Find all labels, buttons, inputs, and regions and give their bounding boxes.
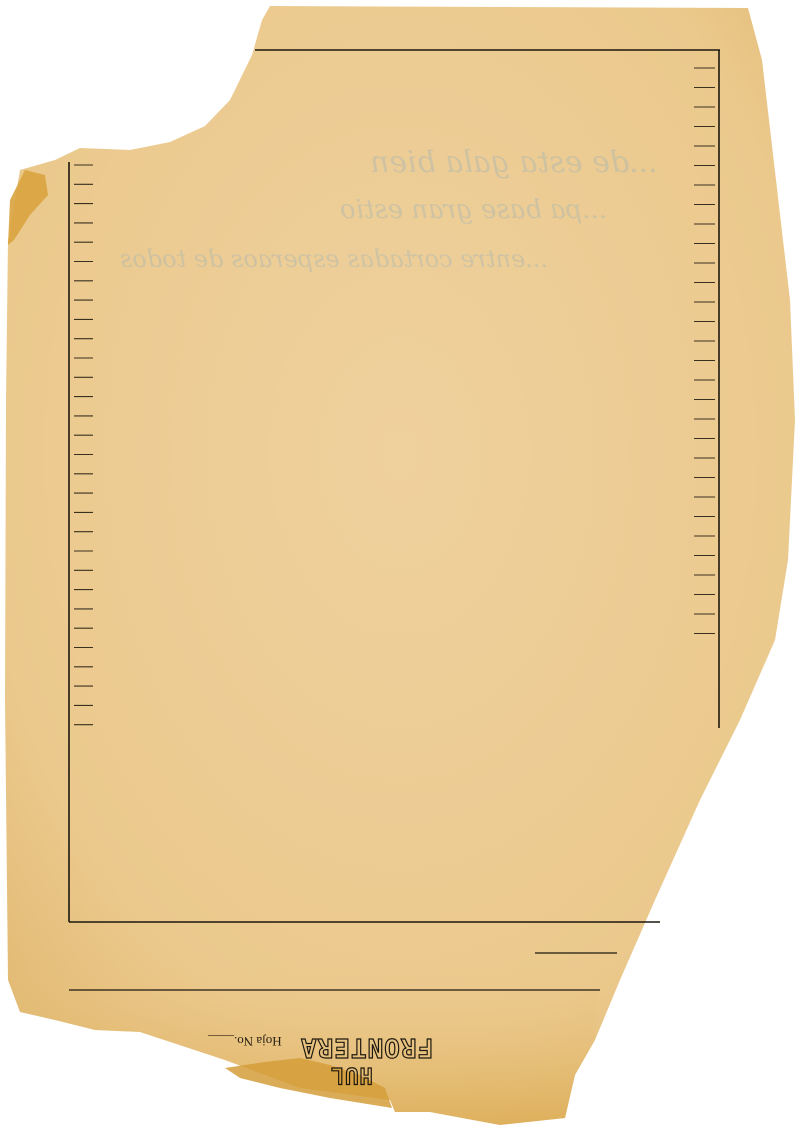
brand-logo-text-line2: HUL [330,1062,373,1087]
ghost-handwriting-line-2: ...pa base gran estio [340,195,607,225]
sheet-number-label: Hoja No.____ [208,1033,282,1049]
ghost-handwriting-line-3: ...entre cortadas esperaos de todos [120,245,548,273]
brand-logo-text: FRONTERA [300,1032,433,1062]
ghost-handwriting-line-1: ...de esta gala bien [370,145,658,180]
